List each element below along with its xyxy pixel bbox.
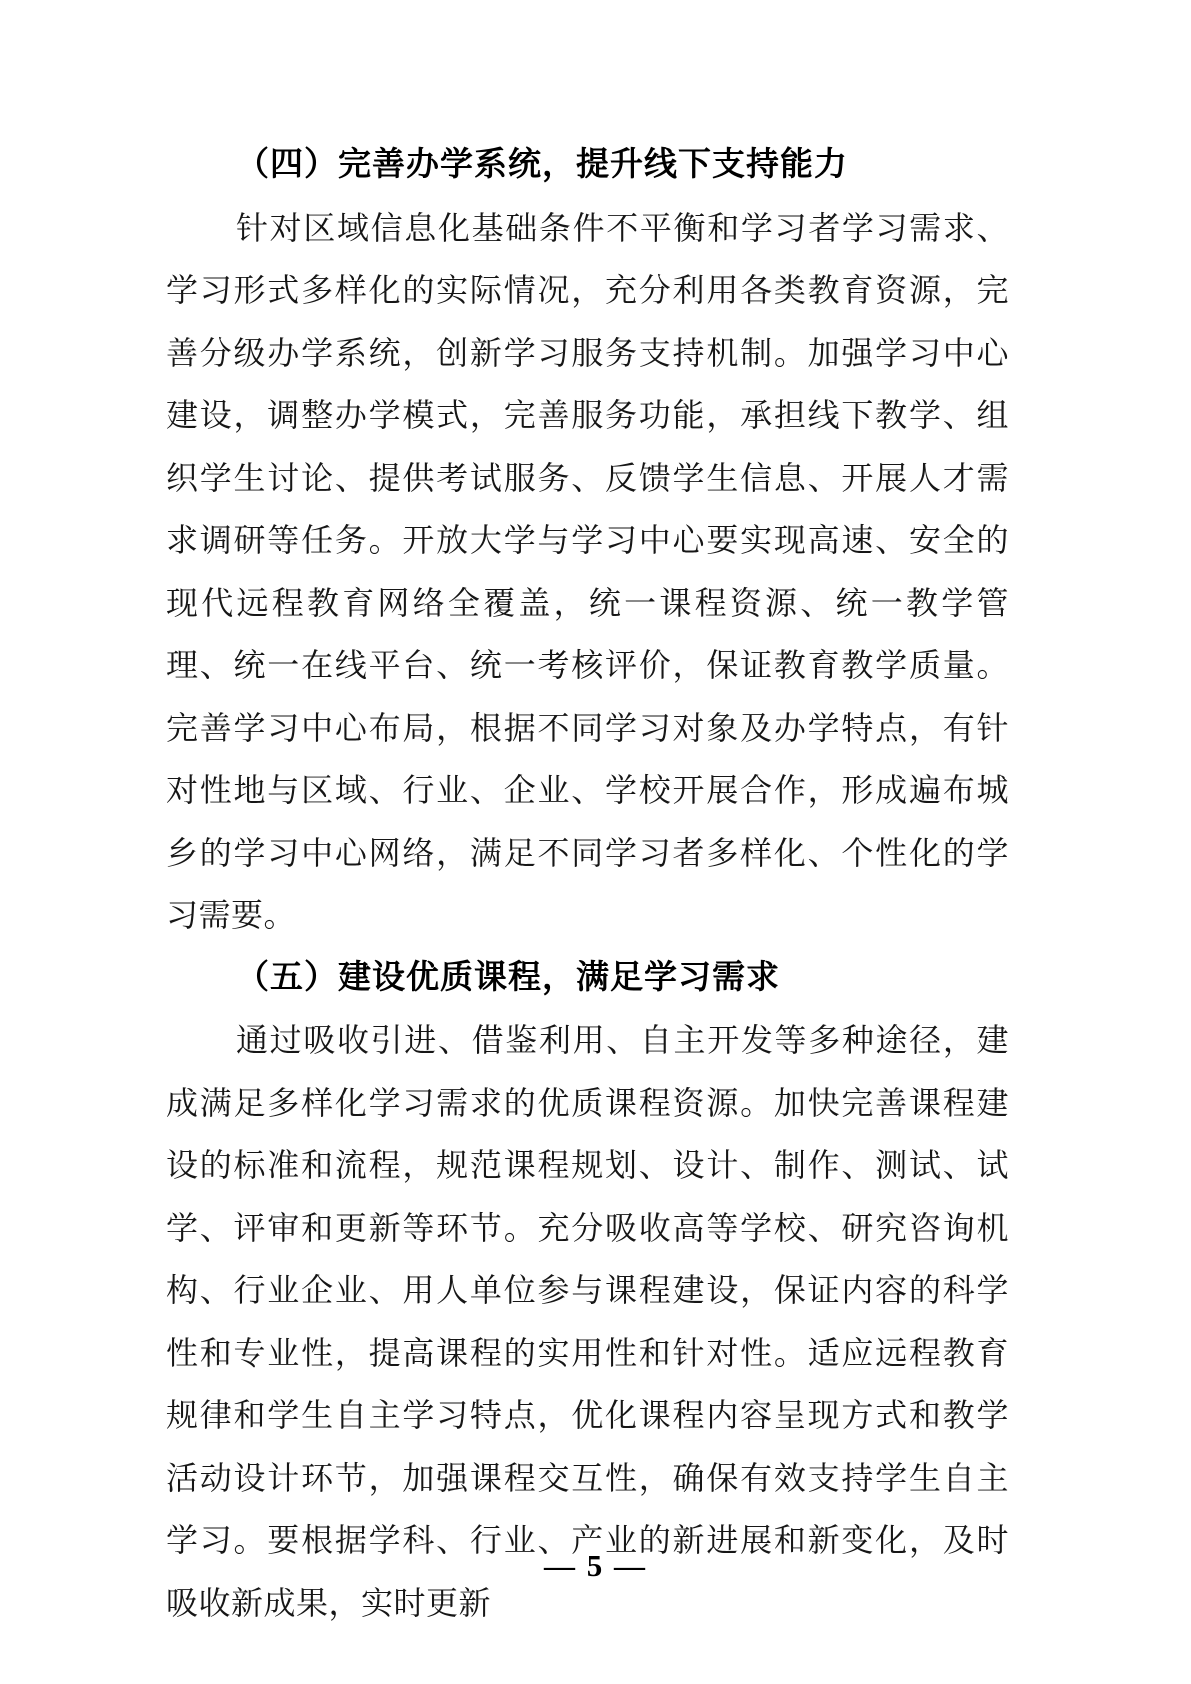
section-4-paragraph: 针对区域信息化基础条件不平衡和学习者学习需求、学习形式多样化的实际情况，充分利用… (166, 197, 1009, 947)
page-number: — 5 — (0, 1548, 1191, 1584)
section-heading-4: （四）完善办学系统，提升线下支持能力 (166, 134, 1009, 197)
document-page: （四）完善办学系统，提升线下支持能力 针对区域信息化基础条件不平衡和学习者学习需… (0, 0, 1191, 1684)
section-heading-5: （五）建设优质课程，满足学习需求 (166, 947, 1009, 1010)
document-body: （四）完善办学系统，提升线下支持能力 针对区域信息化基础条件不平衡和学习者学习需… (166, 134, 1009, 1634)
section-5-paragraph: 通过吸收引进、借鉴利用、自主开发等多种途径，建成满足多样化学习需求的优质课程资源… (166, 1009, 1009, 1634)
